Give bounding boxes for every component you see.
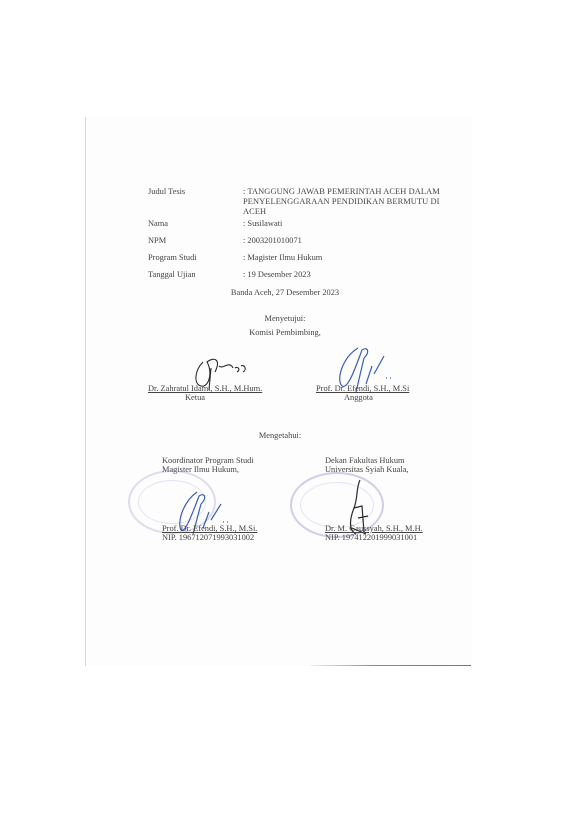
field-label-name: Nama (148, 219, 168, 229)
field-label-title: Judul Tesis (148, 187, 185, 197)
acknowledged-heading: Mengetahui: (220, 431, 340, 441)
supervisor-2-role: Anggota (344, 393, 373, 403)
official-1-nip: NIP. 196712071993031002 (162, 533, 254, 543)
field-value-program: : Magister Ilmu Hukum (243, 253, 322, 263)
field-value-title: : TANGGUNG JAWAB PEMERINTAH ACEH DALAM P… (243, 187, 443, 217)
supervisor-1-role: Ketua (185, 393, 205, 403)
approval-heading: Menyetujui: (200, 314, 370, 324)
field-label-program: Program Studi (148, 253, 197, 263)
place-date: Banda Aceh, 27 Desember 2023 (200, 288, 370, 298)
supervisor-1-name: Dr. Zahratul Idami, S.H., M.Hum. (148, 384, 262, 394)
field-label-npm: NPM (148, 236, 166, 246)
committee-heading: Komisi Pembimbing, (200, 328, 370, 338)
field-value-exam-date: : 19 Desember 2023 (243, 270, 311, 280)
field-value-npm: : 2003201010071 (243, 236, 302, 246)
page-edge-line (310, 665, 471, 666)
official-2-nip: NIP. 197412201999031001 (325, 533, 417, 543)
field-label-exam-date: Tanggal Ujian (148, 270, 196, 280)
field-value-name: : Susilawati (243, 219, 282, 229)
